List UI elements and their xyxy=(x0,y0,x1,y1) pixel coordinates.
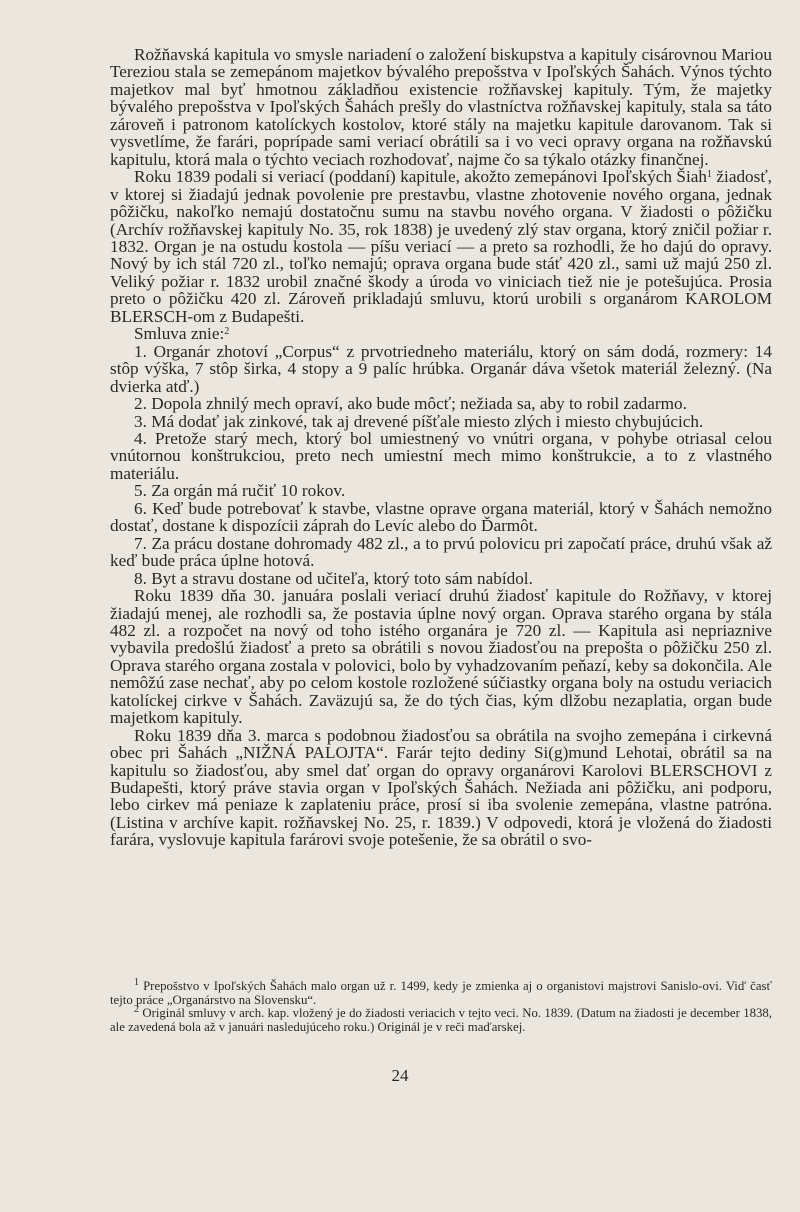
page-number: 24 xyxy=(0,1066,800,1086)
footnote-1: 1 Prepošstvo v Ipoľských Šahách malo org… xyxy=(110,980,772,1007)
contract-item-6: 6. Keď bude potrebovať k stavbe, vlastne… xyxy=(110,500,772,535)
paragraph-1839-request: Roku 1839 podali si veriací (poddaní) ka… xyxy=(110,168,772,325)
paragraph-intro: Rožňavská kapitula vo smysle nariadení o… xyxy=(110,46,772,168)
contract-item-2: 2. Dopola zhnilý mech opraví, ako bude m… xyxy=(110,395,772,412)
contract-item-5: 5. Za orgán má ručiť 10 rokov. xyxy=(110,482,772,499)
contract-heading: Smluva znie:2 xyxy=(110,325,772,342)
footnote-2: 2 Originál smluvy v arch. kap. vložený j… xyxy=(110,1007,772,1034)
contract-item-1: 1. Organár zhotoví „Corpus“ z prvotriedn… xyxy=(110,343,772,395)
contract-heading-text: Smluva znie: xyxy=(134,324,224,343)
paragraph-text: Roku 1839 podali si veriací (poddaní) ka… xyxy=(134,167,707,186)
contract-item-3: 3. Má dodať jak zinkové, tak aj drevené … xyxy=(110,413,772,430)
contract-item-4: 4. Pretože starý mech, ktorý bol umiestn… xyxy=(110,430,772,482)
paragraph-second-request: Roku 1839 dňa 30. januára poslali veriac… xyxy=(110,587,772,727)
paragraph-text: žiadosť, v ktorej si žiadajú jednak povo… xyxy=(110,167,772,326)
footnotes: 1 Prepošstvo v Ipoľských Šahách malo org… xyxy=(110,980,772,1034)
paragraph-nizna-palojta: Roku 1839 dňa 3. marca s podobnou žiados… xyxy=(110,727,772,849)
footnote-text: Originál smluvy v arch. kap. vložený je … xyxy=(110,1006,772,1034)
footnote-marker-1: 1 xyxy=(134,977,139,988)
footnote-text: Prepošstvo v Ipoľských Šahách malo organ… xyxy=(110,979,772,1007)
contract-item-8: 8. Byt a stravu dostane od učiteľa, ktor… xyxy=(110,570,772,587)
book-page: Rožňavská kapitula vo smysle nariadení o… xyxy=(0,0,800,1212)
footnote-marker-2: 2 xyxy=(134,1004,139,1015)
contract-item-7: 7. Za prácu dostane dohromady 482 zl., a… xyxy=(110,535,772,570)
footnote-ref-2[interactable]: 2 xyxy=(224,326,229,337)
body-text: Rožňavská kapitula vo smysle nariadení o… xyxy=(110,46,772,849)
